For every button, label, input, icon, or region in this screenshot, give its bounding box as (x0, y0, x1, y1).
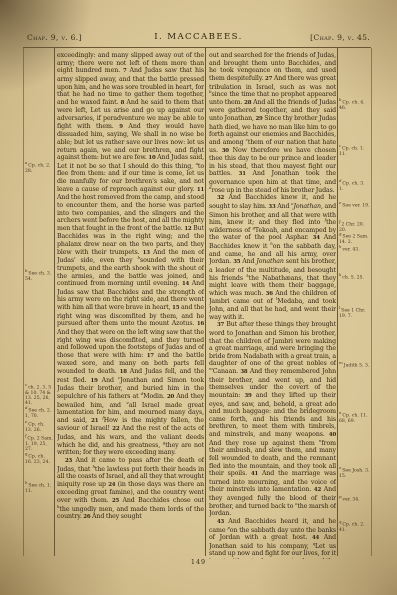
center-column-rule (205, 48, 206, 556)
margin-note-ref: a Cp. ch. 2. 28. (25, 163, 53, 174)
margin-note-ref: b Cp. ch. 4. 46. (339, 100, 370, 111)
page-border-right-rule (371, 48, 372, 556)
right-notes-rule (337, 48, 338, 556)
margin-note-ref: h See ch. 1. 11. (25, 483, 53, 494)
margin-note-ref: h ver. 43. (339, 247, 370, 253)
verse-paragraph: 32 And Bacchides knew it, and he sought … (209, 194, 336, 321)
header-rule (23, 47, 371, 48)
header-chapter-verse-right: [Chap. 9, v. 45. (310, 33, 370, 42)
right-text-column: out and searched for the friends of Juda… (209, 52, 336, 559)
margin-note-ref: c Cp. ch. 1. 11. (339, 146, 370, 157)
margin-note-ref: l See 1 Chr. 19. 7. (339, 308, 370, 319)
page-number: 149 (0, 558, 397, 566)
margin-note-ref: n Cp. ch. 11. 68, 69. (339, 413, 370, 424)
margin-note-ref: m Judith 5. 3. (339, 363, 370, 369)
margin-note-ref: q Cp. ch. 2. 41. (339, 522, 370, 533)
margin-note-ref: o See Josh. 3. 15. (339, 468, 370, 479)
margin-note-ref: d Cp. ch. 3. 1. (339, 181, 370, 192)
verse-paragraph: out and searched for the friends of Juda… (209, 52, 336, 194)
right-margin-notes: b Cp. ch. 4. 46.c Cp. ch. 1. 11.d Cp. ch… (339, 48, 370, 556)
page-border-left-rule (23, 48, 24, 556)
verse-paragraph: 23 And it came to pass after the death o… (57, 457, 204, 522)
book-page: Chap. 9, v. 6.] I. MACCABEES. [Chap. 9, … (0, 0, 397, 595)
margin-note-ref: d See ch. 2. 1, 70. (25, 408, 53, 419)
verse-paragraph: exceedingly: and many slipped away out o… (57, 52, 204, 457)
margin-note-ref: k ch. 5. 25. (339, 275, 370, 281)
margin-note-ref: f Cp. 2 Sam. 1. 19, 25, 27. (25, 436, 53, 452)
margin-note-ref: e See ver. 19. (339, 203, 370, 209)
verse-paragraph: 37 But after these things they brought w… (209, 321, 336, 518)
left-notes-rule (54, 48, 55, 556)
left-text-column: exceedingly: and many slipped away out o… (57, 52, 204, 559)
margin-note-ref: f 2 Chr. 20. 20. (339, 222, 370, 233)
margin-note-ref: c ch. 2. 3, 5 & 10. 74 & 13. 25, 26, 41. (25, 385, 53, 407)
left-margin-notes: a Cp. ch. 2. 28.b See ch. 3. 54.c ch. 2.… (25, 48, 53, 556)
margin-note-ref: b See ch. 3. 54. (25, 271, 53, 282)
margin-note-ref: e Cp. ch. 13. 26. (25, 422, 53, 433)
margin-note-ref: g See 2 Sam. 14. 2. (339, 234, 370, 245)
margin-note-ref: g Cp. ch. 16. 23, 24. (25, 454, 53, 465)
verse-paragraph: 43 And Bacchides heard it, and he came p… (209, 518, 336, 559)
margin-note-ref: p ver. 34. (339, 497, 370, 503)
